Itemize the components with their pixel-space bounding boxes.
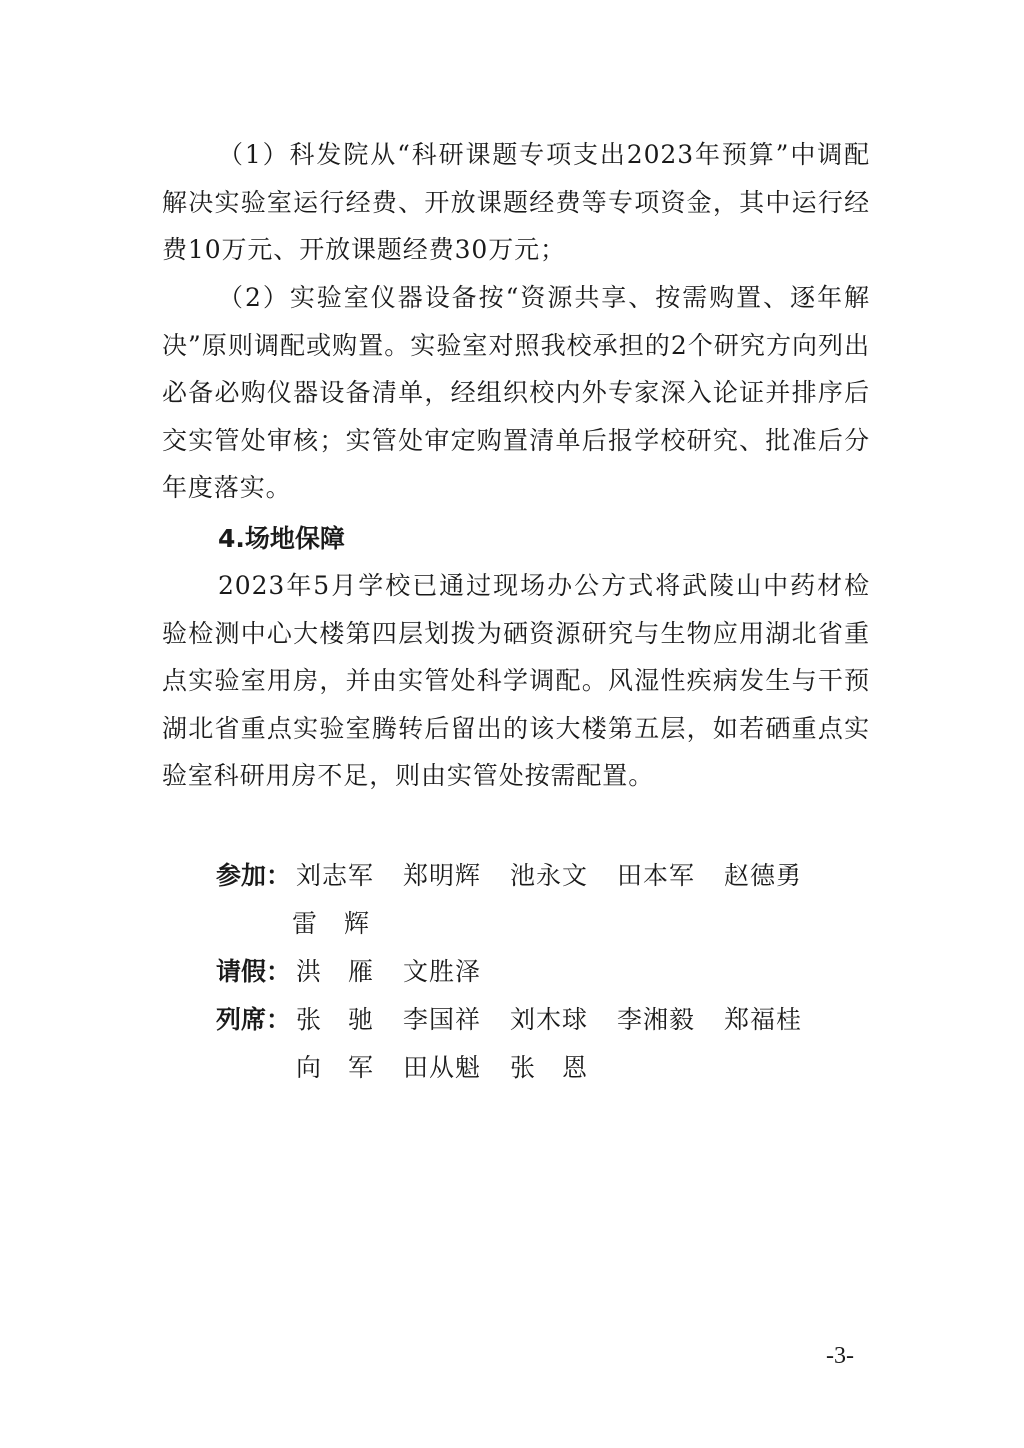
attendance-present-row-2: 雷 辉 [216,900,831,948]
attendance-present-row: 参加： 刘志军 郑明辉 池永文 田本军 赵德勇 [216,852,831,900]
observer-name: 郑福桂 [724,996,831,1044]
absent-name: 洪 雁 [296,948,403,996]
observer-name: 张 驰 [296,996,403,1044]
attendance-leave-row: 请假： 洪 雁 文胜泽 [216,948,831,996]
attendee-name: 刘志军 [296,852,403,900]
leave-label: 请假： [216,948,296,996]
observer-name: 张 恩 [510,1044,617,1092]
observer-name: 李湘毅 [617,996,724,1044]
observer-name: 田从魁 [403,1044,510,1092]
present-label: 参加： [216,852,296,900]
attendee-name: 赵德勇 [724,852,831,900]
section-heading-venue: 4.场地保障 [218,515,345,562]
attendee-name: 郑明辉 [403,852,510,900]
paragraph-venue: 2023年5月学校已通过现场办公方式将武陵山中药材检验检测中心大楼第四层划拨为硒… [162,562,870,800]
page-number: -3- [826,1343,854,1370]
observer-label: 列席： [216,996,296,1044]
attendance-observer-row-2: 向 军 田从魁 张 恩 [216,1044,831,1092]
paragraph-funding: （1）科发院从“科研课题专项支出2023年预算”中调配解决实验室运行经费、开放课… [162,131,870,274]
paragraph-equipment: （2）实验室仪器设备按“资源共享、按需购置、逐年解决”原则调配或购置。实验室对照… [162,274,870,512]
attendee-name: 田本军 [617,852,724,900]
observer-name: 刘木球 [510,996,617,1044]
document-page: （1）科发院从“科研课题专项支出2023年预算”中调配解决实验室运行经费、开放课… [0,0,1024,1448]
attendance-observer-row: 列席： 张 驰 李国祥 刘木球 李湘毅 郑福桂 [216,996,831,1044]
absent-name: 文胜泽 [403,948,510,996]
observer-name: 李国祥 [403,996,510,1044]
attendee-name: 池永文 [510,852,617,900]
observer-name: 向 军 [296,1044,403,1092]
attendance-list: 参加： 刘志军 郑明辉 池永文 田本军 赵德勇 雷 辉 请假： 洪 雁 文胜泽 … [216,852,831,1092]
attendee-name: 雷 辉 [292,900,399,948]
